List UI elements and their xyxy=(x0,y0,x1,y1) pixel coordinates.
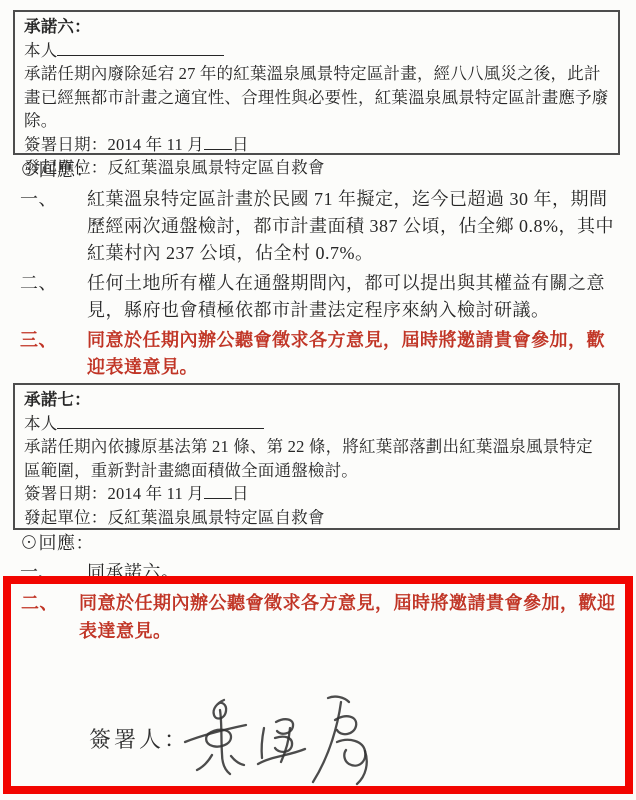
item-number: 二、 xyxy=(21,589,79,645)
signer-label: 簽署人： xyxy=(89,723,189,754)
highlighted-response-item: 二、 同意於任期內辦公聽會徵求各方意見，屆時將邀請貴會參加，歡迎表達意見。 xyxy=(21,589,625,645)
day-blank xyxy=(204,483,232,499)
response-6-item-1: 一、 紅葉溫泉特定區計畫於民國 71 年擬定，迄今已超過 30 年，期間歷經兩次… xyxy=(20,186,624,267)
commitment-6-date-line: 簽署日期：2014 年 11 月日 xyxy=(24,133,609,157)
commitment-7-title: 承諾七： xyxy=(24,388,609,412)
item-number: 二、 xyxy=(20,270,87,324)
item-number: 三、 xyxy=(20,327,87,381)
commitment-7-signer-line: 本人 xyxy=(24,412,609,436)
response-7-heading: ⊙回應： xyxy=(20,531,624,556)
response-6-section: ⊙回應： 一、 紅葉溫泉特定區計畫於民國 71 年擬定，迄今已超過 30 年，期… xyxy=(20,158,624,381)
signer-prefix: 本人 xyxy=(24,414,57,433)
scanned-commitment-document: 承諾六： 本人 承諾任期內廢除延宕 27 年的紅葉溫泉風景特定區計畫，經八八風災… xyxy=(0,0,636,800)
day-suffix: 日 xyxy=(232,484,249,503)
signer-prefix: 本人 xyxy=(24,41,57,60)
sign-date-label: 簽署日期：2014 年 11 月 xyxy=(24,484,204,503)
commitment-6-signer-line: 本人 xyxy=(24,39,609,63)
commitment-7-date-line: 簽署日期：2014 年 11 月日 xyxy=(24,482,609,506)
commitment-7-box: 承諾七： 本人 承諾任期內依據原基法第 21 條、第 22 條，將紅葉部落劃出紅… xyxy=(13,383,620,530)
item-text: 同意於任期內辦公聽會徵求各方意見，屆時將邀請貴會參加，歡迎表達意見。 xyxy=(87,327,623,381)
response-6-item-3-red: 三、 同意於任期內辦公聽會徵求各方意見，屆時將邀請貴會參加，歡迎表達意見。 xyxy=(20,327,624,381)
day-blank xyxy=(204,134,232,150)
item-text: 任何土地所有權人在通盤期間內，都可以提出與其權益有關之意見，縣府也會積極依都市計… xyxy=(87,270,623,324)
item-text: 紅葉溫泉特定區計畫於民國 71 年擬定，迄今已超過 30 年，期間歷經兩次通盤檢… xyxy=(87,186,623,267)
commitment-6-title: 承諾六： xyxy=(24,15,609,39)
item-text: 同意於任期內辦公聽會徵求各方意見，屆時將邀請貴會參加，歡迎表達意見。 xyxy=(79,589,619,645)
commitment-6-body: 承諾任期內廢除延宕 27 年的紅葉溫泉風景特定區計畫，經八八風災之後，此計畫已經… xyxy=(24,62,609,133)
response-6-item-2: 二、 任何土地所有權人在通盤期間內，都可以提出與其權益有關之意見，縣府也會積極依… xyxy=(20,270,624,324)
commitment-7-organizer: 發起單位：反紅葉溫泉風景特定區自救會 xyxy=(24,506,609,530)
item-number: 一、 xyxy=(20,186,87,267)
commitment-7-body: 承諾任期內依據原基法第 21 條、第 22 條，將紅葉部落劃出紅葉溫泉風景特定區… xyxy=(24,435,609,482)
commitment-6-box: 承諾六： 本人 承諾任期內廢除延宕 27 年的紅葉溫泉風景特定區計畫，經八八風災… xyxy=(13,10,620,155)
day-suffix: 日 xyxy=(232,135,249,154)
handwritten-signature xyxy=(178,692,400,794)
signer-name-blank xyxy=(57,413,264,429)
response-6-heading: ⊙回應： xyxy=(20,158,624,183)
signer-name-blank xyxy=(57,40,224,56)
sign-date-label: 簽署日期：2014 年 11 月 xyxy=(24,135,204,154)
